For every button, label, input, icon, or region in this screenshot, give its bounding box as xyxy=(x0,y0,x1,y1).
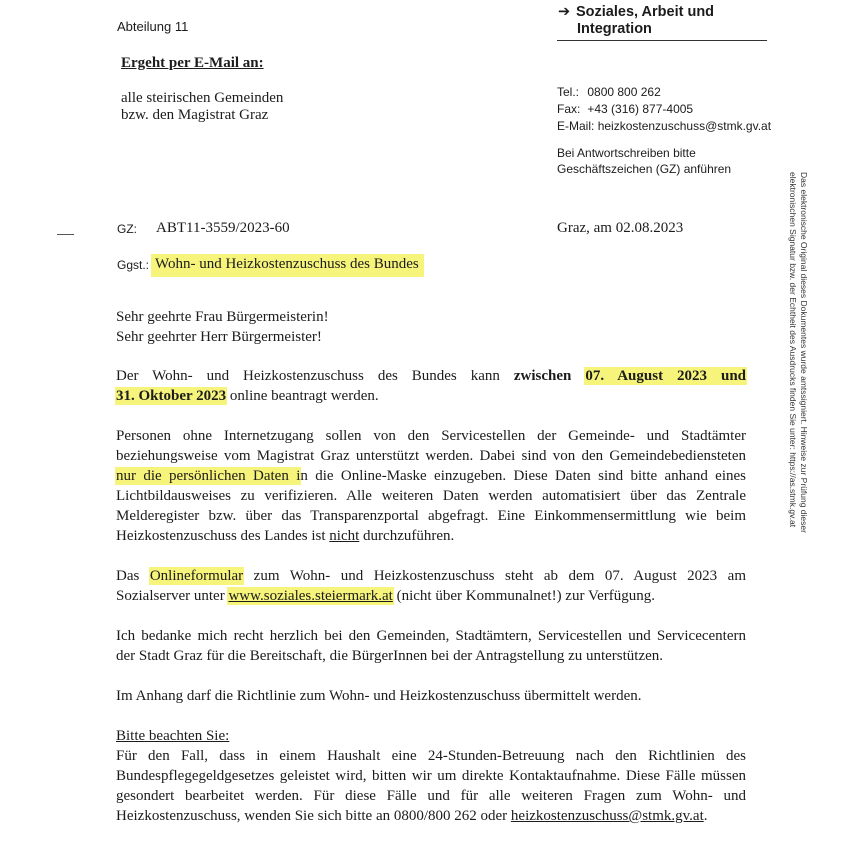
header-divider xyxy=(557,40,767,41)
gz-value: ABT11-3559/2023-60 xyxy=(156,220,290,237)
website-link[interactable]: www.soziales.steiermark.at xyxy=(228,588,392,604)
text: Sozialserver unter xyxy=(116,588,228,604)
text-line: Lichtbildausweises zu verifizieren. Alle… xyxy=(116,486,746,506)
subject-label: Ggst.: xyxy=(117,258,149,272)
text: Heizkostenzuschuss des Landes ist xyxy=(116,528,329,544)
text: durchzuführen. xyxy=(359,528,454,544)
text-line: beziehungsweise vom Magistrat Graz unter… xyxy=(116,446,746,466)
recipient-list: alle steirischen Gemeinden bzw. den Magi… xyxy=(121,90,283,124)
text: Heizkostenzuschuss, wenden Sie sich bitt… xyxy=(116,808,511,824)
reply-note-line: Bei Antwortschreiben bitte xyxy=(557,145,731,161)
email-link[interactable]: heizkostenzuschuss@stmk.gv.at xyxy=(511,808,704,824)
highlighted-date: 31. Oktober 2023 xyxy=(116,388,226,404)
text: (nicht über Kommunalnet!) zur Verfügung. xyxy=(393,588,655,604)
paragraph-no-internet: Personen ohne Internetzugang sollen von … xyxy=(116,426,746,546)
text-line: der Stadt Graz für die Bereitschaft, die… xyxy=(116,646,746,666)
recipient-title: Ergeht per E-Mail an: xyxy=(121,55,264,72)
recipient-line: alle steirischen Gemeinden xyxy=(121,90,283,107)
reply-note: Bei Antwortschreiben bitte Geschäftszeic… xyxy=(557,145,731,177)
division-line1: Soziales, Arbeit und xyxy=(576,4,714,20)
email-link[interactable]: heizkostenzuschuss@stmk.gv.at xyxy=(598,119,771,133)
text: . xyxy=(704,808,708,824)
tel-value[interactable]: 0800 800 262 xyxy=(587,85,660,99)
text: Das xyxy=(116,568,150,584)
paragraph-application-period: Der Wohn- und Heizkostenzuschuss des Bun… xyxy=(116,366,746,406)
fax-label: Fax: xyxy=(557,101,584,118)
salutation-line: Sehr geehrte Frau Bürgermeisterin! xyxy=(116,307,746,327)
department-label: Abteilung 11 xyxy=(117,19,188,34)
reply-note-line: Geschäftszeichen (GZ) anführen xyxy=(557,161,731,177)
salutation-line: Sehr geehrter Herr Bürgermeister! xyxy=(116,327,746,347)
email-label: E-Mail: xyxy=(557,118,594,135)
text: n die Online-Maske einzugeben. Diese Dat… xyxy=(300,468,746,484)
gz-label: GZ: xyxy=(117,222,137,236)
recipient-line: bzw. den Magistrat Graz xyxy=(121,107,283,124)
bold-text: zwischen xyxy=(514,368,585,384)
text-line: gesondert bearbeitet werden. Für diese F… xyxy=(116,786,746,806)
arrow-right-icon: ➔ xyxy=(558,4,576,21)
paragraph-attachment: Im Anhang darf die Richtlinie zum Wohn- … xyxy=(116,686,746,706)
fold-mark xyxy=(57,234,74,235)
text: online beantragt werden. xyxy=(226,388,378,404)
text: Der Wohn- und Heizkostenzuschuss des Bun… xyxy=(116,368,514,384)
paragraph-online-form: Das Onlineformular zum Wohn- und Heizkos… xyxy=(116,566,746,606)
salutation: Sehr geehrte Frau Bürgermeisterin! Sehr … xyxy=(116,307,746,347)
highlighted-text: Onlineformular xyxy=(150,568,243,584)
text-line: Für den Fall, dass in einem Haushalt ein… xyxy=(116,746,746,766)
division-line2: Integration xyxy=(558,21,768,38)
signature-note-line: elektronischen Signatur bzw. der Echthei… xyxy=(787,172,798,533)
signature-note-line: Das elektronische Original dieses Dokume… xyxy=(798,172,809,533)
text: zum Wohn- und Heizkostenzuschuss steht a… xyxy=(243,568,746,584)
letter-date: Graz, am 02.08.2023 xyxy=(557,220,683,237)
tel-label: Tel.: xyxy=(557,84,584,101)
division-header: ➔Soziales, Arbeit und Integration xyxy=(558,4,768,38)
subject-value: Wohn- und Heizkostenzuschuss des Bundes xyxy=(152,255,423,276)
paragraph-notice: Für den Fall, dass in einem Haushalt ein… xyxy=(116,746,746,826)
notice-title: Bitte beachten Sie: xyxy=(116,726,746,746)
underlined-text: nicht xyxy=(329,528,359,544)
paragraph-thanks: Ich bedanke mich recht herzlich bei den … xyxy=(116,626,746,666)
text-line: Bundespflegegeldgesetzes geleistet wird,… xyxy=(116,766,746,786)
fax-value: +43 (316) 877-4005 xyxy=(587,102,693,116)
text-line: Personen ohne Internetzugang sollen von … xyxy=(116,426,746,446)
text-line: Melderegister bzw. über das Transparenzp… xyxy=(116,506,746,526)
highlighted-date: 07. August 2023 und xyxy=(585,368,746,384)
contact-block: Tel.: 0800 800 262 Fax: +43 (316) 877-40… xyxy=(557,84,771,135)
highlighted-text: nur die persönlichen Daten i xyxy=(116,468,300,484)
text-line: Ich bedanke mich recht herzlich bei den … xyxy=(116,626,746,646)
